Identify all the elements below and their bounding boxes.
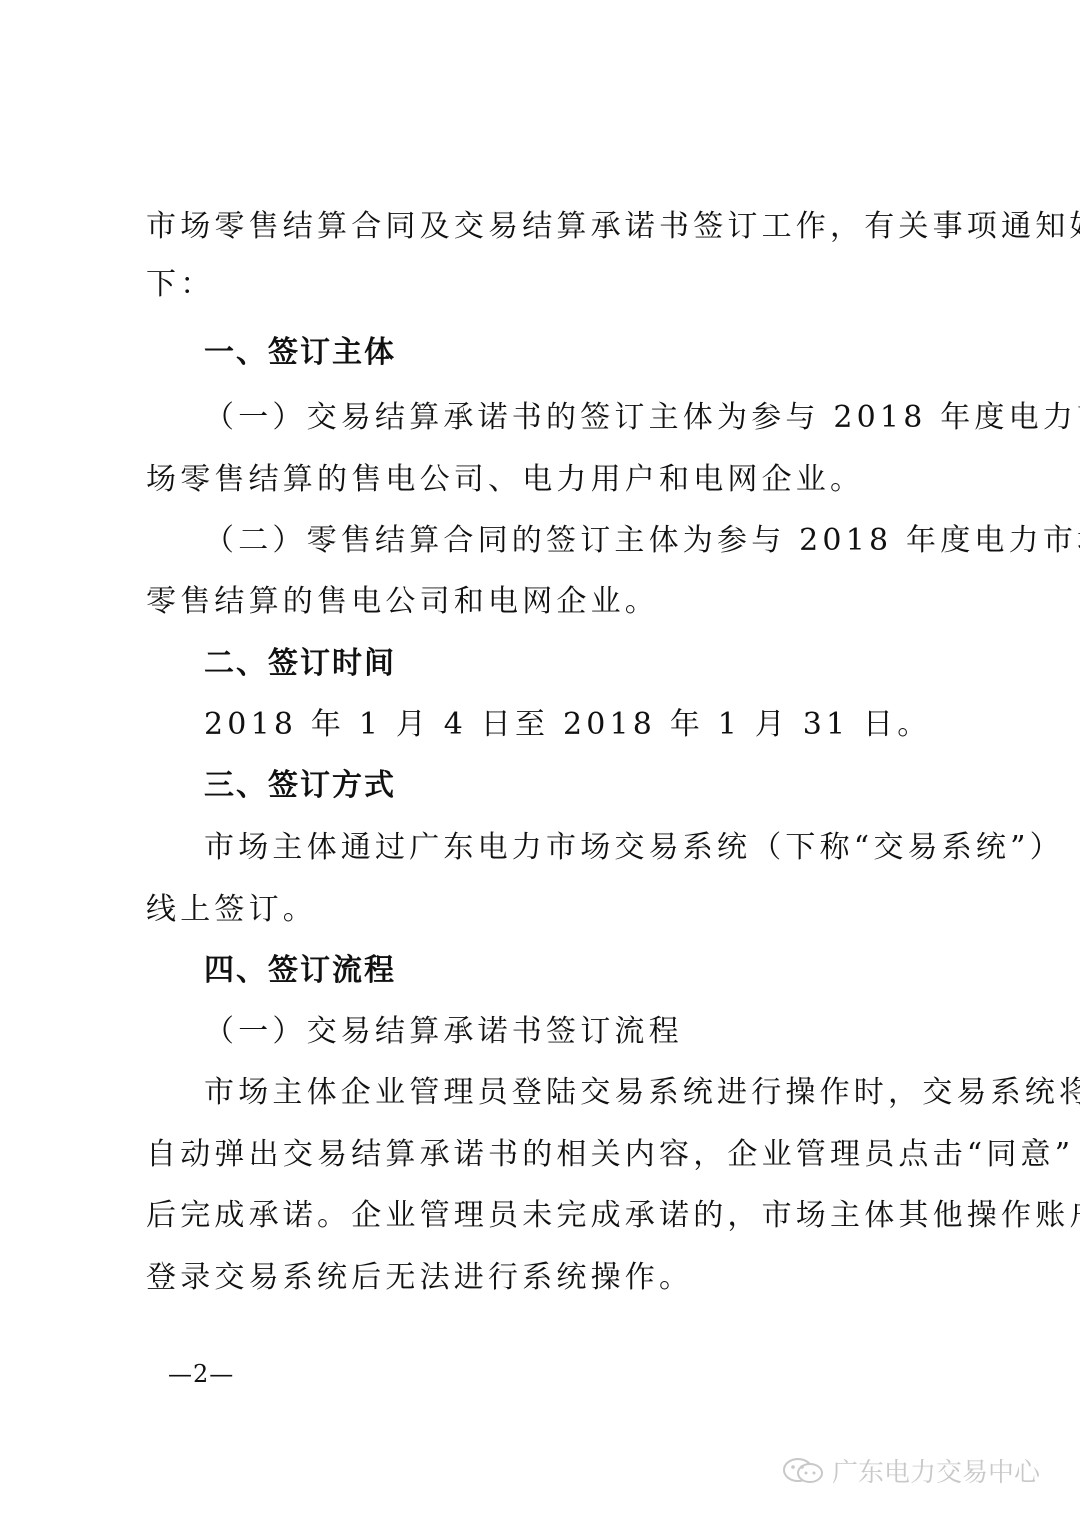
paragraph-line: 市场主体通过广东电力市场交易系统（下称“交易系统”） (204, 828, 1064, 868)
paragraph-line: （二）零售结算合同的签订主体为参与 2018 年度电力市场 (204, 521, 1080, 561)
paragraph-line: 市场零售结算合同及交易结算承诺书签订工作，有关事项通知如 (146, 207, 1080, 247)
paragraph-line: 零售结算的售电公司和电网企业。 (146, 582, 659, 622)
paragraph-line: 市场主体企业管理员登陆交易系统进行操作时，交易系统将 (204, 1073, 1080, 1113)
watermark: 广东电力交易中心 (782, 1452, 1040, 1489)
paragraph-line: 登录交易系统后无法进行系统操作。 (146, 1258, 693, 1298)
paragraph-line: 场零售结算的售电公司、电力用户和电网企业。 (146, 460, 864, 500)
paragraph-line: （一）交易结算承诺书的签订主体为参与 2018 年度电力市 (204, 398, 1080, 438)
section-heading-subject: 一、签订主体 (204, 333, 396, 373)
paragraph-line: 下： (146, 265, 214, 305)
paragraph-line: 线上签订。 (146, 890, 317, 930)
watermark-text: 广东电力交易中心 (832, 1452, 1040, 1489)
paragraph-line: 后完成承诺。企业管理员未完成承诺的，市场主体其他操作账户 (146, 1196, 1080, 1236)
section-heading-process: 四、签订流程 (204, 951, 396, 991)
paragraph-line: （一）交易结算承诺书签订流程 (204, 1012, 683, 1052)
page-number: —2— (168, 1360, 234, 1388)
paragraph-line: 自动弹出交易结算承诺书的相关内容，企业管理员点击“同意” (146, 1135, 1074, 1175)
paragraph-line: 2018 年 1 月 4 日至 2018 年 1 月 31 日。 (204, 705, 931, 745)
wechat-icon (782, 1457, 826, 1485)
section-heading-time: 二、签订时间 (204, 644, 396, 684)
section-heading-method: 三、签订方式 (204, 766, 396, 806)
